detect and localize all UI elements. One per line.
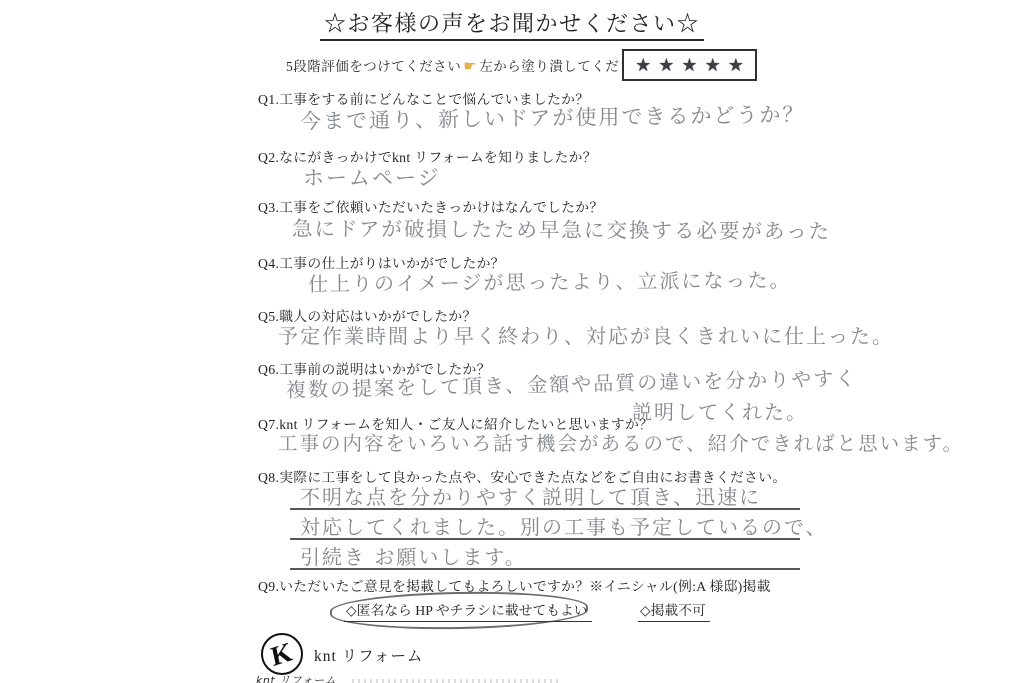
answer-5-handwriting: 予定作業時間より早く終わり、対応が良くきれいに仕上った。 — [278, 320, 894, 349]
star-rating-box: ★★★★★ — [622, 49, 757, 81]
page-title: ☆お客様の声をお聞かせください☆ — [0, 7, 1024, 38]
rating-label-before: 5段階評価をつけてください — [286, 59, 461, 74]
scanned-questionnaire: ☆お客様の声をお聞かせください☆ 5段階評価をつけてください☛左から塗り潰してく… — [0, 0, 1024, 683]
q9-option-anonymous-ok: ◇匿名なら HP やチラシに載せてもよい — [344, 599, 592, 622]
answer-8-line-2: 対応してくれました。別の工事も予定しているので、 — [290, 511, 800, 540]
answer-4-handwriting: 仕上りのイメージが思ったより、立派になった。 — [308, 264, 792, 297]
answer-8-handwriting-line3: 引続き お願いします。 — [290, 541, 800, 570]
company-name: knt リフォーム — [314, 644, 423, 666]
answer-3-handwriting: 急にドアが破損したため早急に交換する必要があった — [292, 212, 831, 245]
star-icons: ★★★★★ — [628, 55, 751, 76]
scan-artifact — [352, 679, 562, 683]
rating-instruction: 5段階評価をつけてください☛左から塗り潰してください。 — [286, 55, 661, 76]
knt-logo-k-mark: K — [269, 637, 295, 670]
answer-8-line-1: 不明な点を分かりやすく説明して頂き、迅速に — [290, 481, 800, 510]
company-name-script: knt リフォーム — [256, 672, 336, 683]
pointing-hand-icon: ☛ — [461, 59, 479, 75]
answer-2-handwriting: ホームページ — [303, 162, 441, 192]
answer-7-handwriting: 工事の内容をいろいろ話す機会があるので、紹介できればと思います。 — [278, 428, 964, 456]
answer-8-line-3: 引続き お願いします。 — [290, 541, 800, 570]
answer-1-handwriting: 今まで通り、新しいドアが使用できるかどうか？ — [300, 98, 806, 135]
q9-option-no-publish: ◇掲載不可 — [638, 599, 710, 622]
answer-8-handwriting-line1: 不明な点を分かりやすく説明して頂き、迅速に — [290, 481, 800, 510]
page-title-text: ☆お客様の声をお聞かせください☆ — [320, 11, 704, 41]
knt-logo-icon: K — [261, 633, 303, 675]
answer-6-handwriting-line2: 説明してくれた。 — [632, 396, 808, 425]
answer-8-handwriting-line2: 対応してくれました。別の工事も予定しているので、 — [290, 511, 800, 540]
